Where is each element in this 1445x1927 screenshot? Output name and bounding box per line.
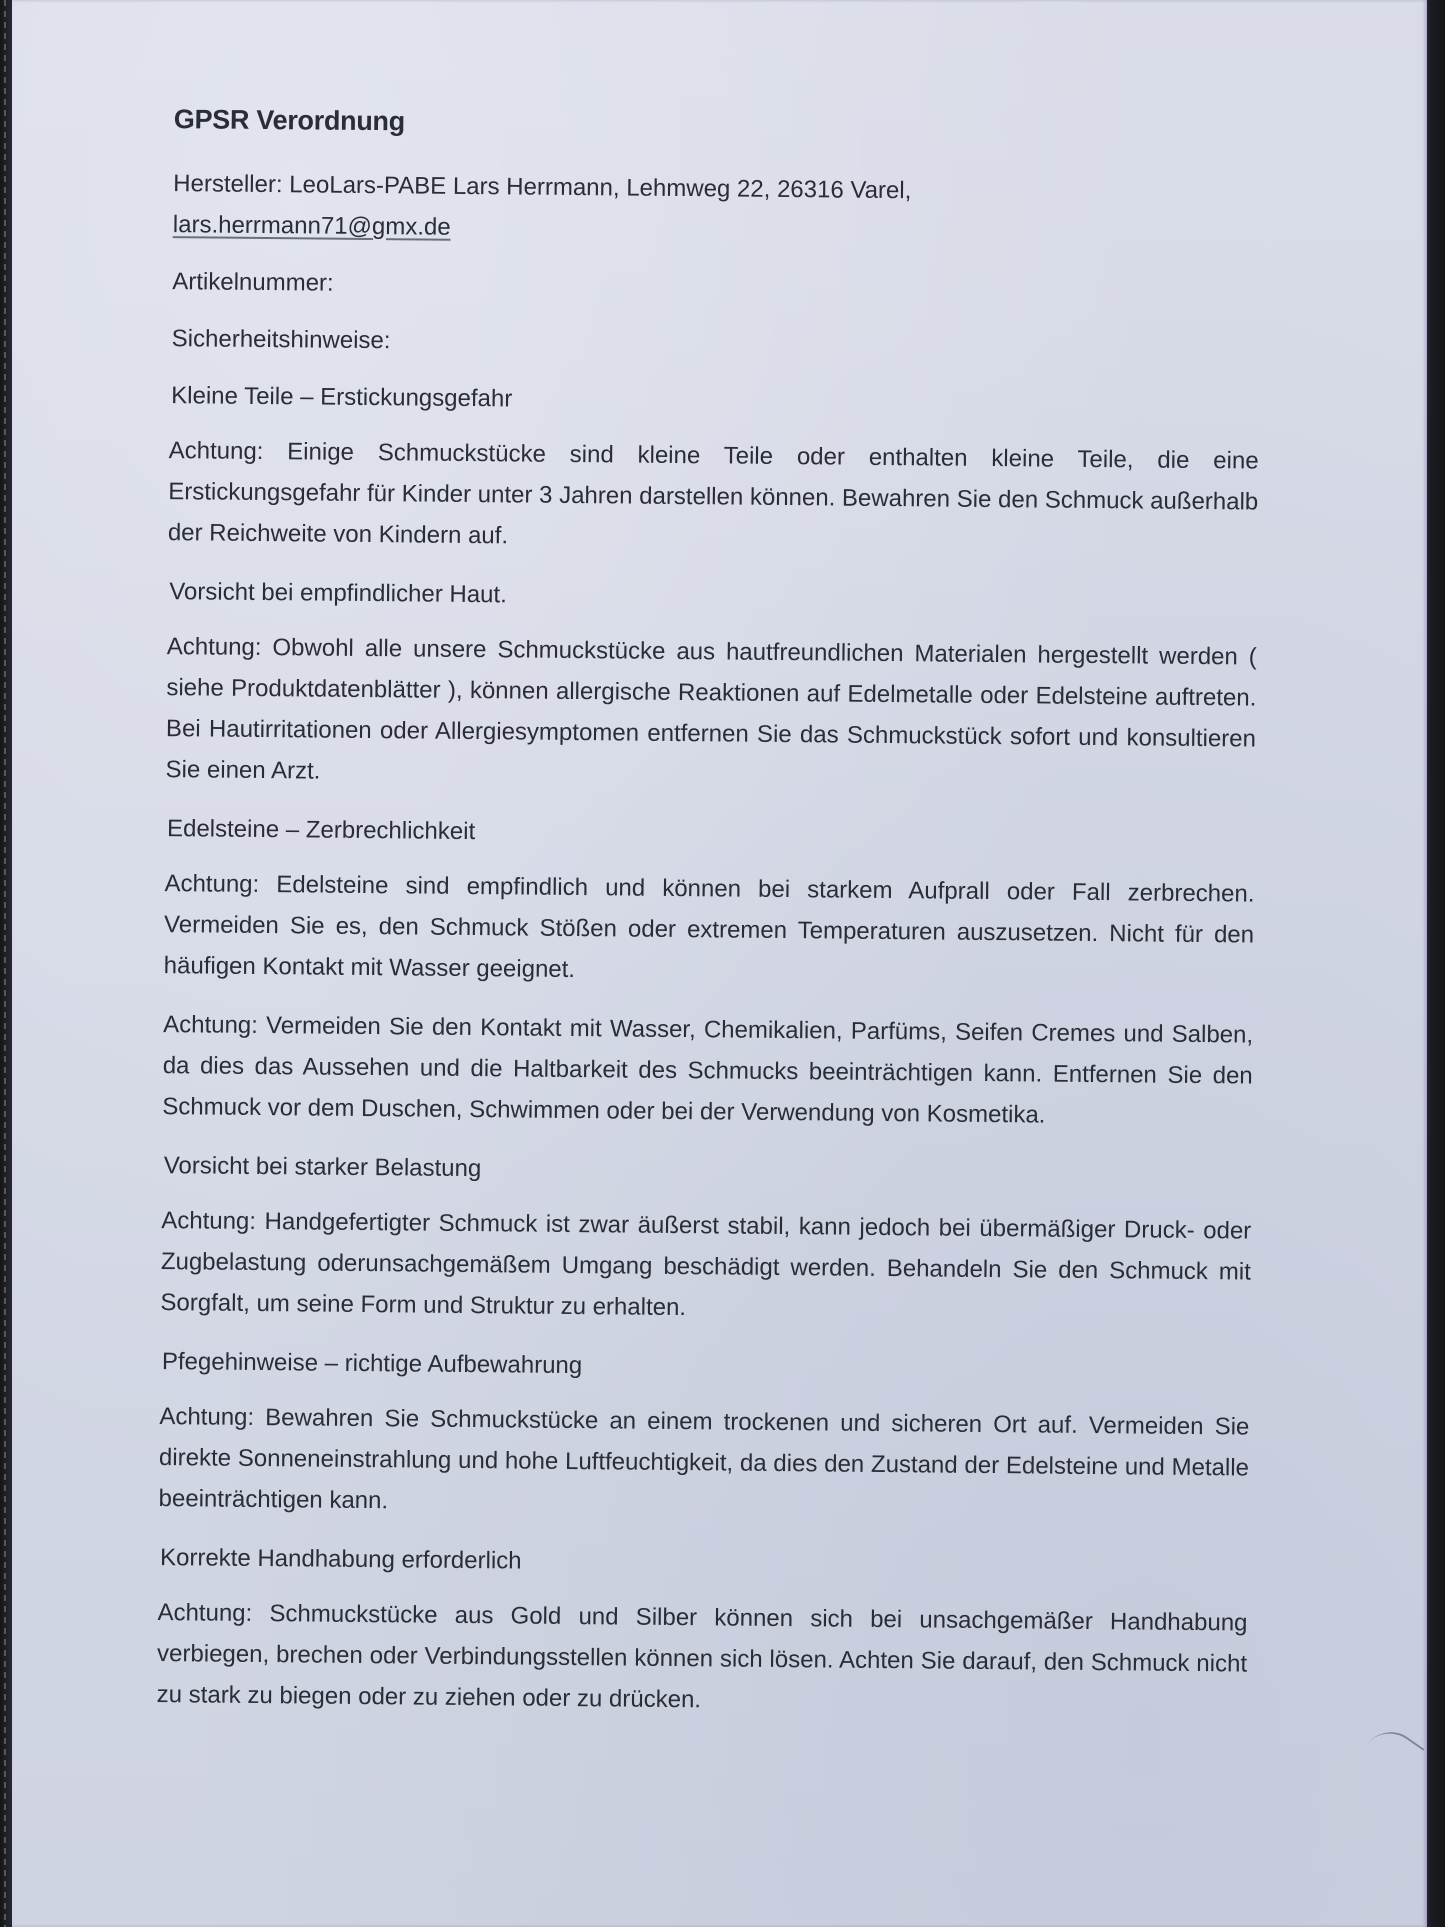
background-right-edge <box>1425 0 1445 1927</box>
section-paragraph: Achtung: Obwohl alle unsere Schmuckstück… <box>165 626 1257 800</box>
document-body: GPSR Verordnung Hersteller: LeoLars-PABE… <box>144 104 1280 1744</box>
manufacturer-block: Hersteller: LeoLars-PABE Lars Herrmann, … <box>173 163 1280 256</box>
section-correct-handling: Korrekte Handhabung erforderlich Achtung… <box>145 1537 1267 1726</box>
section-heading: Pfegehinweise – richtige Aufbewahrung <box>162 1341 1268 1393</box>
section-paragraph: Achtung: Edelsteine sind empfindlich und… <box>164 863 1255 996</box>
section-paragraph: Achtung: Bewahren Sie Schmuckstücke an e… <box>158 1396 1249 1529</box>
section-small-parts: Kleine Teile – Erstickungsgefahr Achtung… <box>156 375 1278 564</box>
section-heading: Vorsicht bei empfindlicher Haut. <box>169 571 1275 623</box>
article-number-label: Artikelnummer: <box>172 261 1278 313</box>
section-heading: Edelsteine – Zerbrechlichkeit <box>167 808 1273 860</box>
section-paragraph: Achtung: Einige Schmuckstücke sind klein… <box>168 430 1259 563</box>
section-gemstones-fragility: Edelsteine – Zerbrechlichkeit Achtung: E… <box>150 808 1273 1138</box>
safety-notes-label: Sicherheitshinweise: <box>172 318 1278 370</box>
section-paragraph: Achtung: Handgefertigter Schmuck ist zwa… <box>160 1200 1251 1333</box>
section-heavy-load: Vorsicht bei starker Belastung Achtung: … <box>148 1145 1270 1334</box>
section-heading: Kleine Teile – Erstickungsgefahr <box>171 375 1277 427</box>
section-heading: Korrekte Handhabung erforderlich <box>160 1537 1266 1589</box>
section-paragraph: Achtung: Vermeiden Sie den Kontakt mit W… <box>162 1004 1253 1137</box>
section-care-storage: Pfegehinweise – richtige Aufbewahrung Ac… <box>146 1341 1268 1530</box>
section-paragraph: Achtung: Schmuckstücke aus Gold und Silb… <box>157 1592 1248 1725</box>
manufacturer-email-link[interactable]: lars.herrmann71@gmx.de <box>173 211 451 241</box>
section-heading: Vorsicht bei starker Belastung <box>164 1145 1270 1197</box>
hair-speck <box>1354 1720 1425 1791</box>
section-sensitive-skin: Vorsicht bei empfindlicher Haut. Achtung… <box>153 571 1275 801</box>
